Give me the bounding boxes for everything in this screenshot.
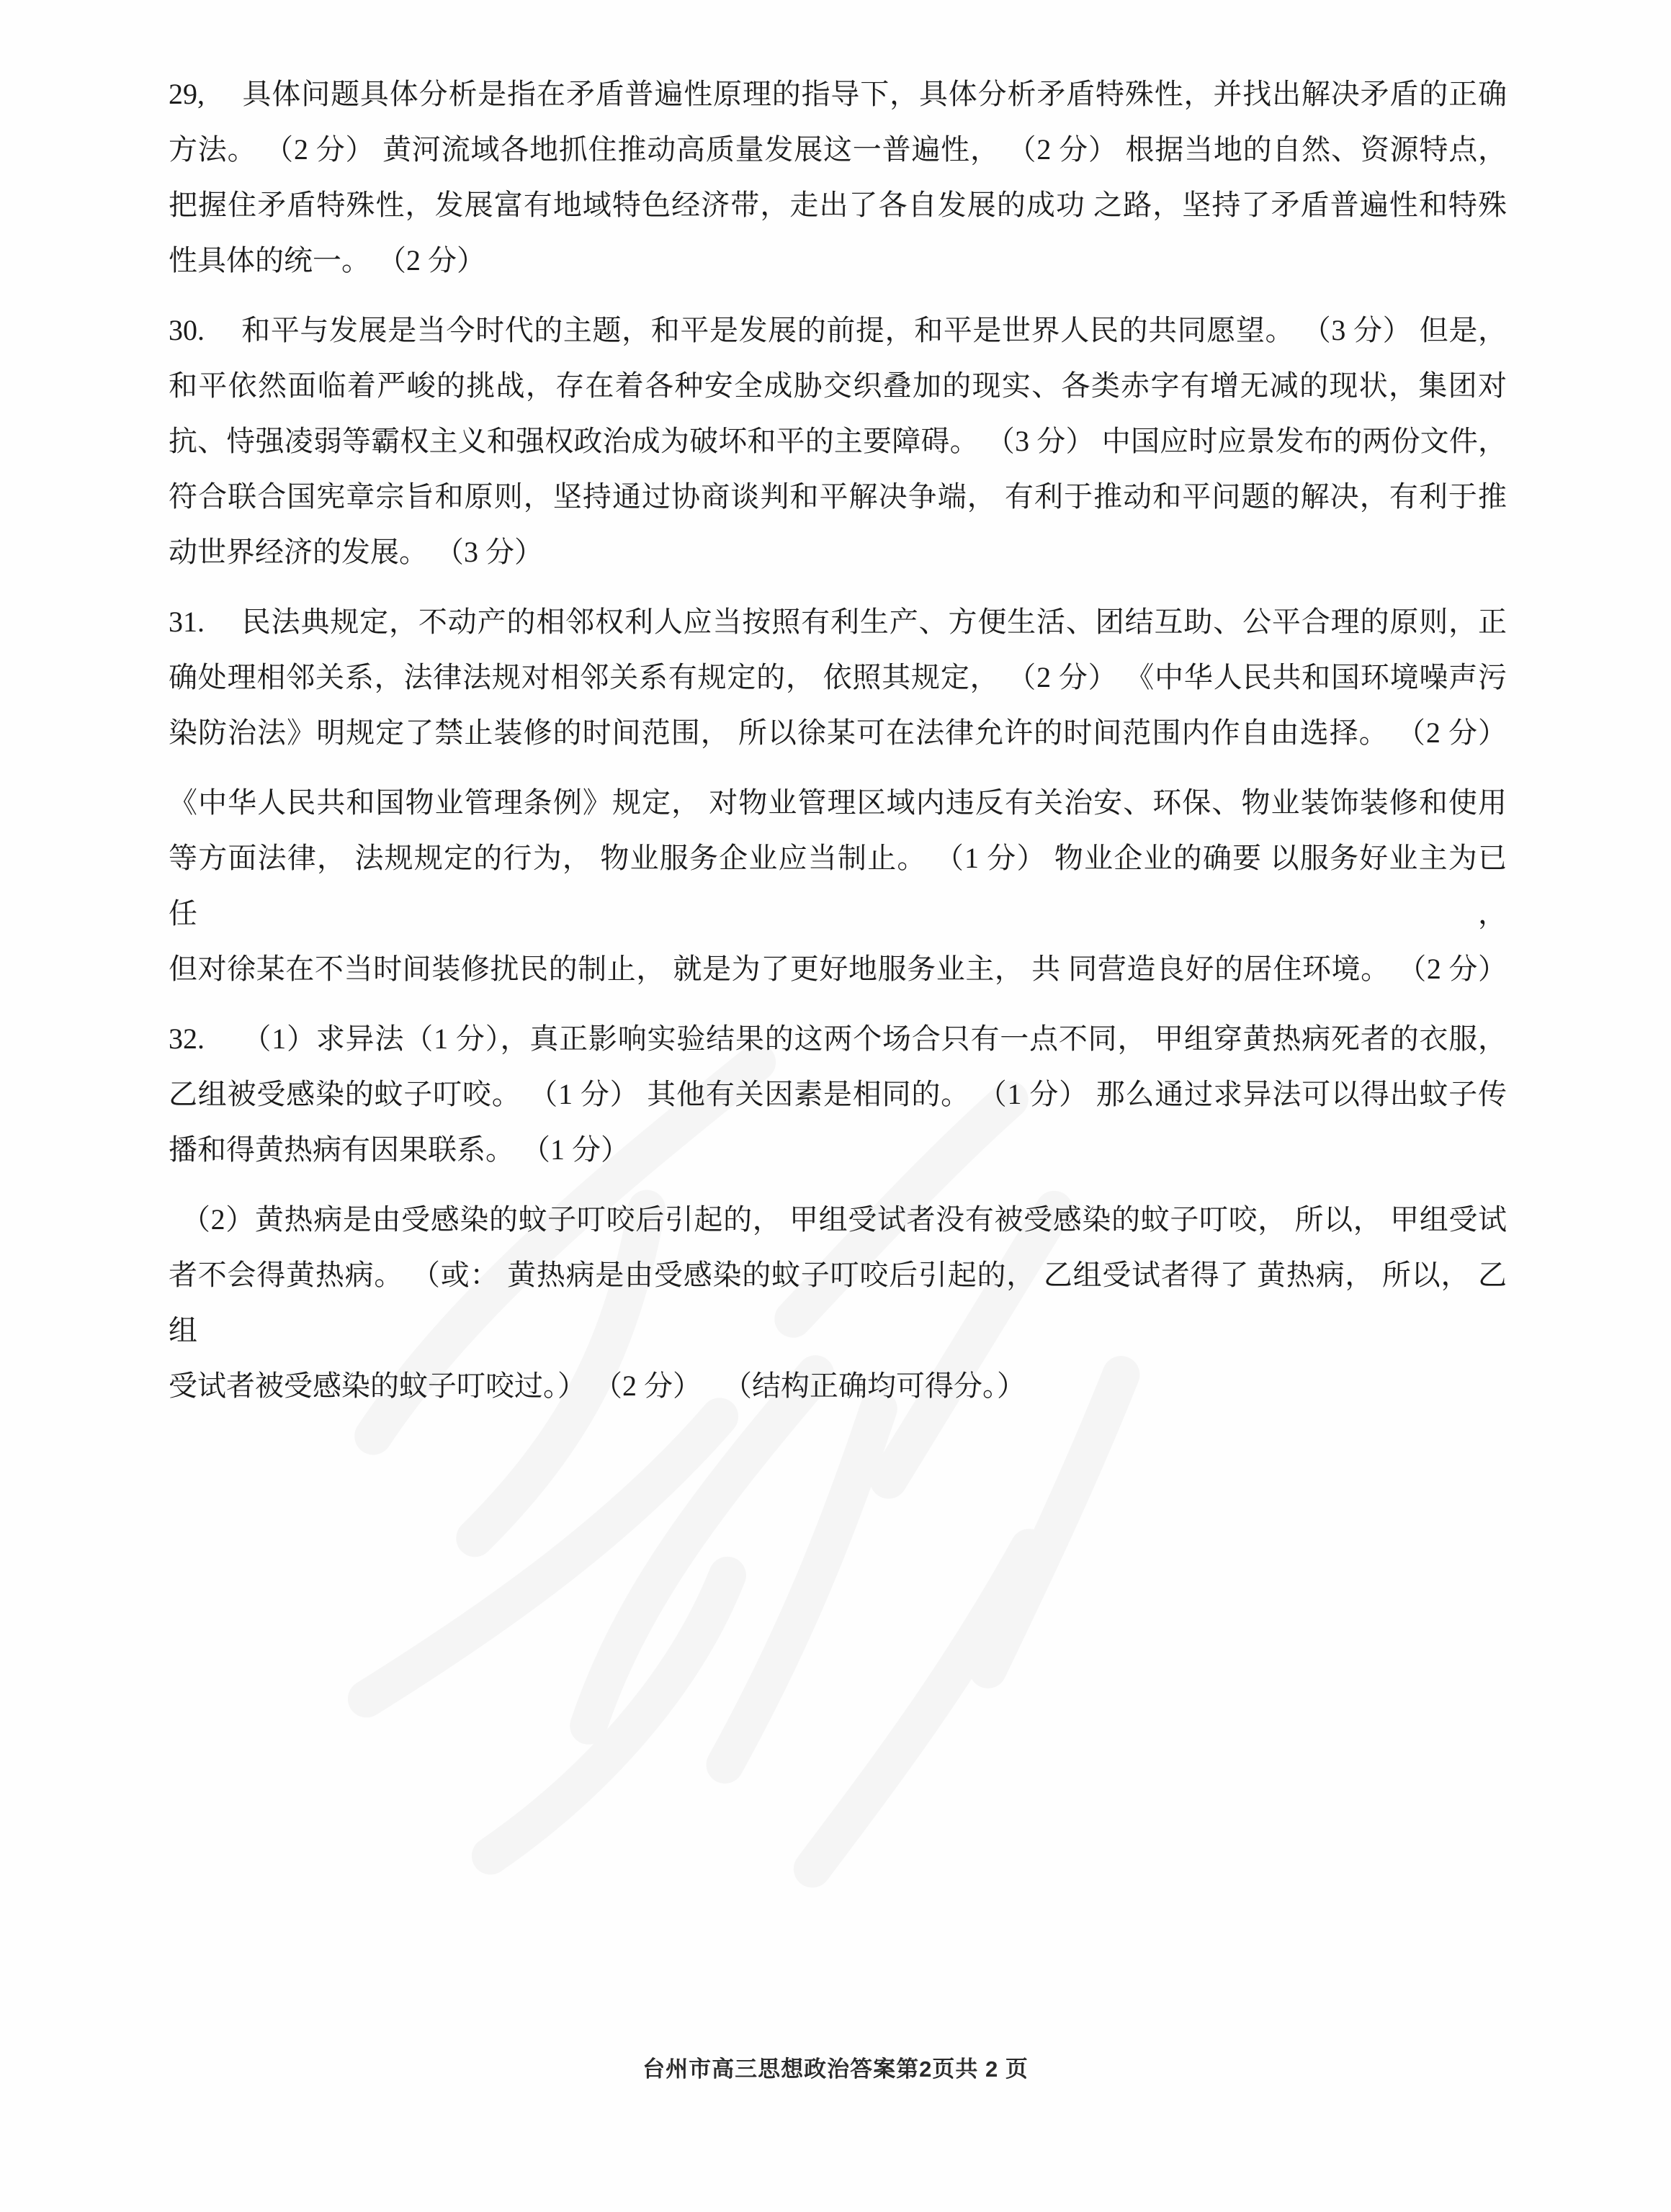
document-body: 29, 具体问题具体分析是指在矛盾普遍性原理的指导下，具体分析矛盾特殊性，并找出… [169,66,1507,1428]
answer-paragraph: 29, 具体问题具体分析是指在矛盾普遍性原理的指导下，具体分析矛盾特殊性，并找出… [169,66,1507,288]
text-line: 但对徐某在不当时间装修扰民的制止， 就是为了更好地服务业主， 共 同营造良好的居… [169,941,1507,997]
answer-paragraph: 32. （1）求异法（1 分），真正影响实验结果的这两个场合只有一点不同， 甲组… [169,1011,1507,1177]
text-line: 等方面法律， 法规规定的行为， 物业服务企业应当制止。 （1 分） 物业企业的确… [169,830,1507,941]
text-line: 动世界经济的发展。 （3 分） [169,524,1507,580]
answer-paragraph: （2）黄热病是由受感染的蚊子叮咬后引起的， 甲组受试者没有被受感染的蚊子叮咬， … [169,1192,1507,1413]
text-line: 29, 具体问题具体分析是指在矛盾普遍性原理的指导下，具体分析矛盾特殊性，并找出… [169,66,1507,122]
text-line: 符合联合国宪章宗旨和原则，坚持通过协商谈判和平解决争端， 有利于推动和平问题的解… [169,469,1507,524]
text-line: 确处理相邻关系，法律法规对相邻关系有规定的， 依照其规定， （2 分） 《中华人… [169,649,1507,705]
text-line: 30. 和平与发展是当今时代的主题，和平是发展的前提，和平是世界人民的共同愿望。… [169,302,1507,358]
text-line: 方法。 （2 分） 黄河流域各地抓住推动高质量发展这一普遍性， （2 分） 根据… [169,122,1507,177]
page-footer: 台州市高三思想政治答案第2页共 2 页 [0,2051,1671,2083]
answer-sheet-page: 29, 具体问题具体分析是指在矛盾普遍性原理的指导下，具体分析矛盾特殊性，并找出… [0,0,1671,2212]
text-line: 《中华人民共和国物业管理条例》规定， 对物业管理区域内违反有关治安、环保、物业装… [169,775,1507,830]
text-line: （2）黄热病是由受感染的蚊子叮咬后引起的， 甲组受试者没有被受感染的蚊子叮咬， … [169,1192,1507,1247]
text-line: 乙组被受感染的蚊子叮咬。 （1 分） 其他有关因素是相同的。 （1 分） 那么通… [169,1066,1507,1122]
text-line: 染防治法》明规定了禁止装修的时间范围， 所以徐某可在法律允许的时间范围内作自由选… [169,705,1507,760]
answer-paragraph: 30. 和平与发展是当今时代的主题，和平是发展的前提，和平是世界人民的共同愿望。… [169,302,1507,580]
text-line: 抗、恃强凌弱等霸权主义和强权政治成为破坏和平的主要障碍。 （3 分） 中国应时应… [169,413,1507,469]
answer-paragraph: 《中华人民共和国物业管理条例》规定， 对物业管理区域内违反有关治安、环保、物业装… [169,775,1507,997]
text-line: 性具体的统一。 （2 分） [169,233,1507,288]
text-line: 把握住矛盾特殊性，发展富有地域特色经济带，走出了各自发展的成功 之路，坚持了矛盾… [169,177,1507,233]
text-line: 者不会得黄热病。 （或： 黄热病是由受感染的蚊子叮咬后引起的， 乙组受试者得了 … [169,1247,1507,1358]
text-line: 32. （1）求异法（1 分），真正影响实验结果的这两个场合只有一点不同， 甲组… [169,1011,1507,1066]
text-line: 受试者被受感染的蚊子叮咬过。） （2 分） （结构正确均可得分。） [169,1358,1507,1413]
text-line: 和平依然面临着严峻的挑战，存在着各种安全成胁交织叠加的现实、各类赤字有增无减的现… [169,358,1507,413]
answer-paragraph: 31. 民法典规定，不动产的相邻权利人应当按照有利生产、方便生活、团结互助、公平… [169,594,1507,760]
text-line: 播和得黄热病有因果联系。 （1 分） [169,1122,1507,1177]
text-line: 31. 民法典规定，不动产的相邻权利人应当按照有利生产、方便生活、团结互助、公平… [169,594,1507,649]
